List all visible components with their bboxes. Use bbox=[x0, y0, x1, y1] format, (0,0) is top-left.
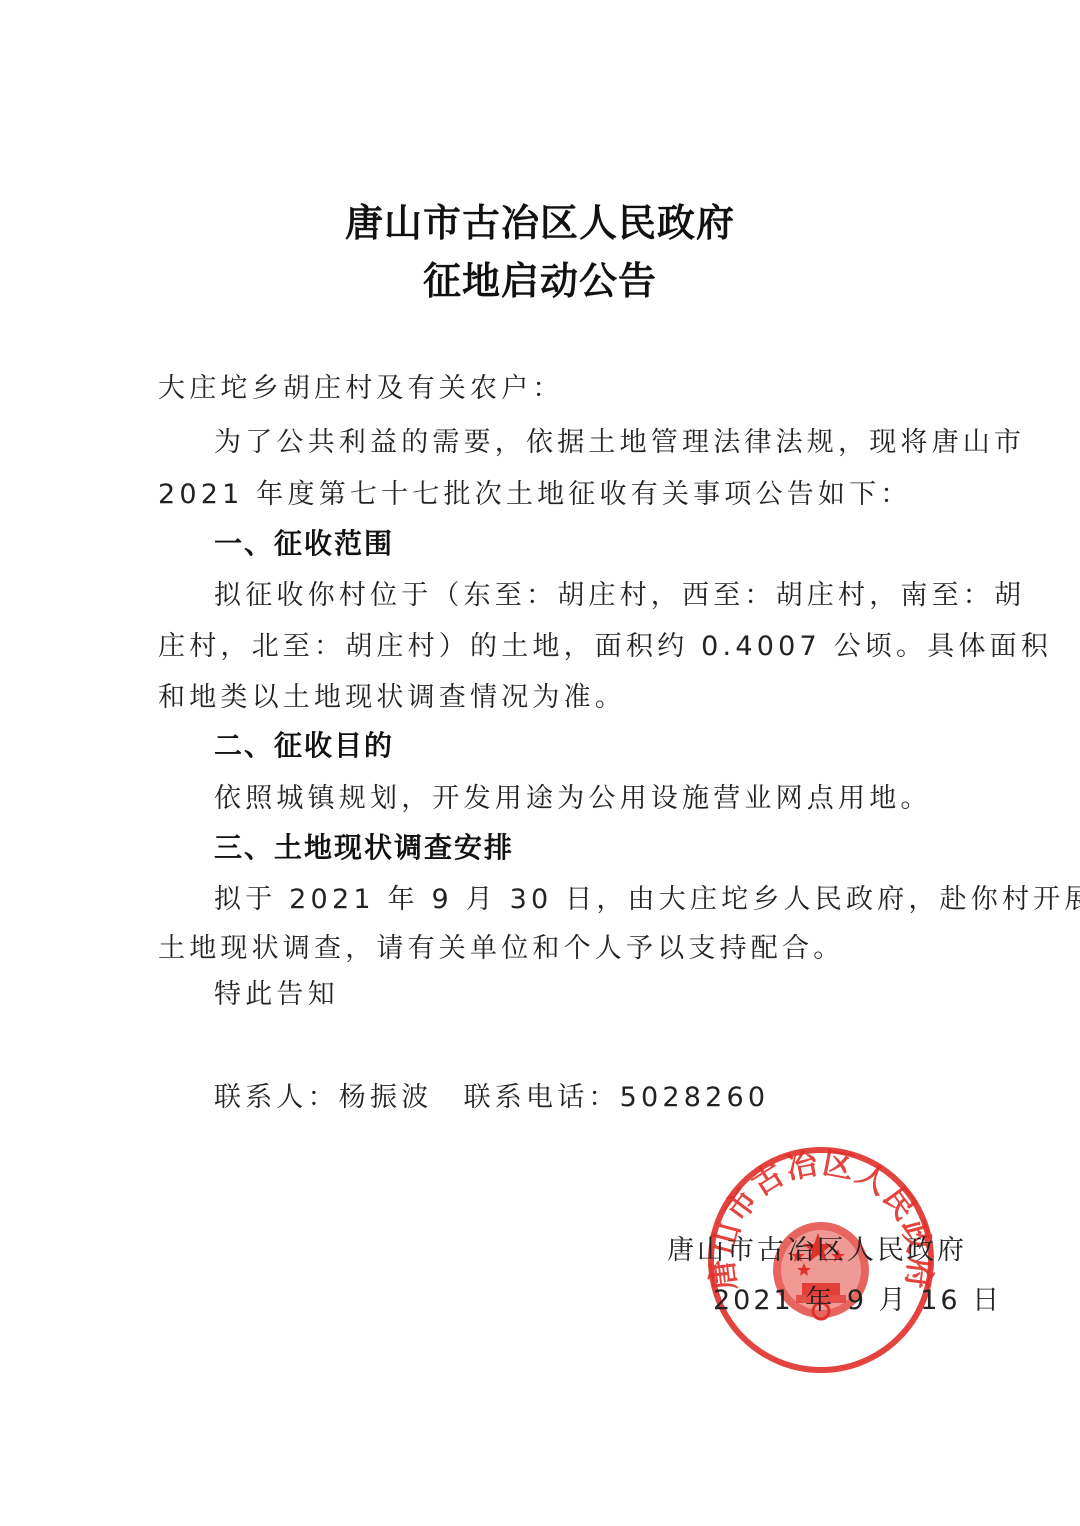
signature-issuer: 唐山市古冶区人民政府 bbox=[667, 1228, 967, 1267]
title-notice: 征地启动公告 bbox=[0, 250, 1080, 305]
section-3-line-1: 拟于 2021 年 9 月 30 日，由大庄坨乡人民政府，赴你村开展 bbox=[214, 877, 1080, 916]
intro-line-1: 为了公共利益的需要，依据土地管理法律法规，现将唐山市 bbox=[214, 420, 1025, 459]
section-3-line-2: 土地现状调查，请有关单位和个人予以支持配合。 bbox=[158, 926, 844, 965]
signature-date: 2021 年 9 月 16 日 bbox=[713, 1278, 1002, 1317]
section-2-line-1: 依照城镇规划，开发用途为公用设施营业网点用地。 bbox=[214, 776, 932, 815]
section-3-heading: 三、土地现状调查安排 bbox=[214, 826, 514, 866]
intro-line-2: 2021 年度第七十七批次土地征收有关事项公告如下： bbox=[158, 472, 912, 511]
notice-page: 唐山市古冶区人民政府 征地启动公告 大庄坨乡胡庄村及有关农户： 为了公共利益的需… bbox=[0, 0, 1080, 1526]
section-1-heading: 一、征收范围 bbox=[214, 522, 394, 562]
section-1-line-2: 庄村，北至：胡庄村）的土地，面积约 0.4007 公顷。具体面积 bbox=[158, 624, 1052, 663]
title-issuer: 唐山市古冶区人民政府 bbox=[0, 192, 1080, 247]
section-1-line-3: 和地类以土地现状调查情况为准。 bbox=[158, 675, 626, 714]
section-2-heading: 二、征收目的 bbox=[214, 724, 394, 764]
salutation: 大庄坨乡胡庄村及有关农户： bbox=[158, 366, 564, 405]
contact-line: 联系人：杨振波 联系电话：5028260 bbox=[214, 1075, 769, 1114]
closing: 特此告知 bbox=[214, 972, 339, 1011]
section-1-line-1: 拟征收你村位于（东至：胡庄村，西至：胡庄村，南至：胡 bbox=[214, 573, 1025, 612]
